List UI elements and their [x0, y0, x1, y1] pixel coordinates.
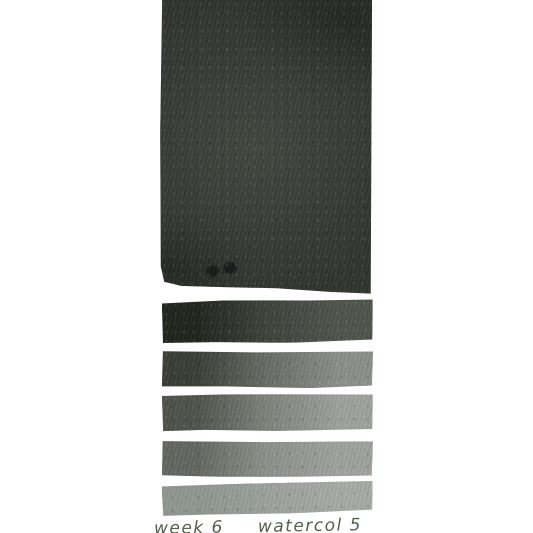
dilution-stripe-1 [162, 299, 373, 344]
paint-dot [223, 262, 236, 274]
dilution-stripe-5 [162, 480, 374, 516]
dilution-stripe-3 [162, 393, 373, 431]
dilution-stripe-2 [162, 351, 373, 389]
swatch-card-scan: week 6watercol 5 [0, 0, 533, 533]
caption-medium-label: watercol 5 [258, 515, 362, 533]
masstone-wash-swatch [160, 0, 372, 296]
caption-week-label: week 6 [154, 518, 224, 533]
handwritten-caption: week 6watercol 5 [154, 513, 474, 533]
paint-dot [206, 265, 219, 277]
dilution-stripe-4 [162, 441, 373, 478]
